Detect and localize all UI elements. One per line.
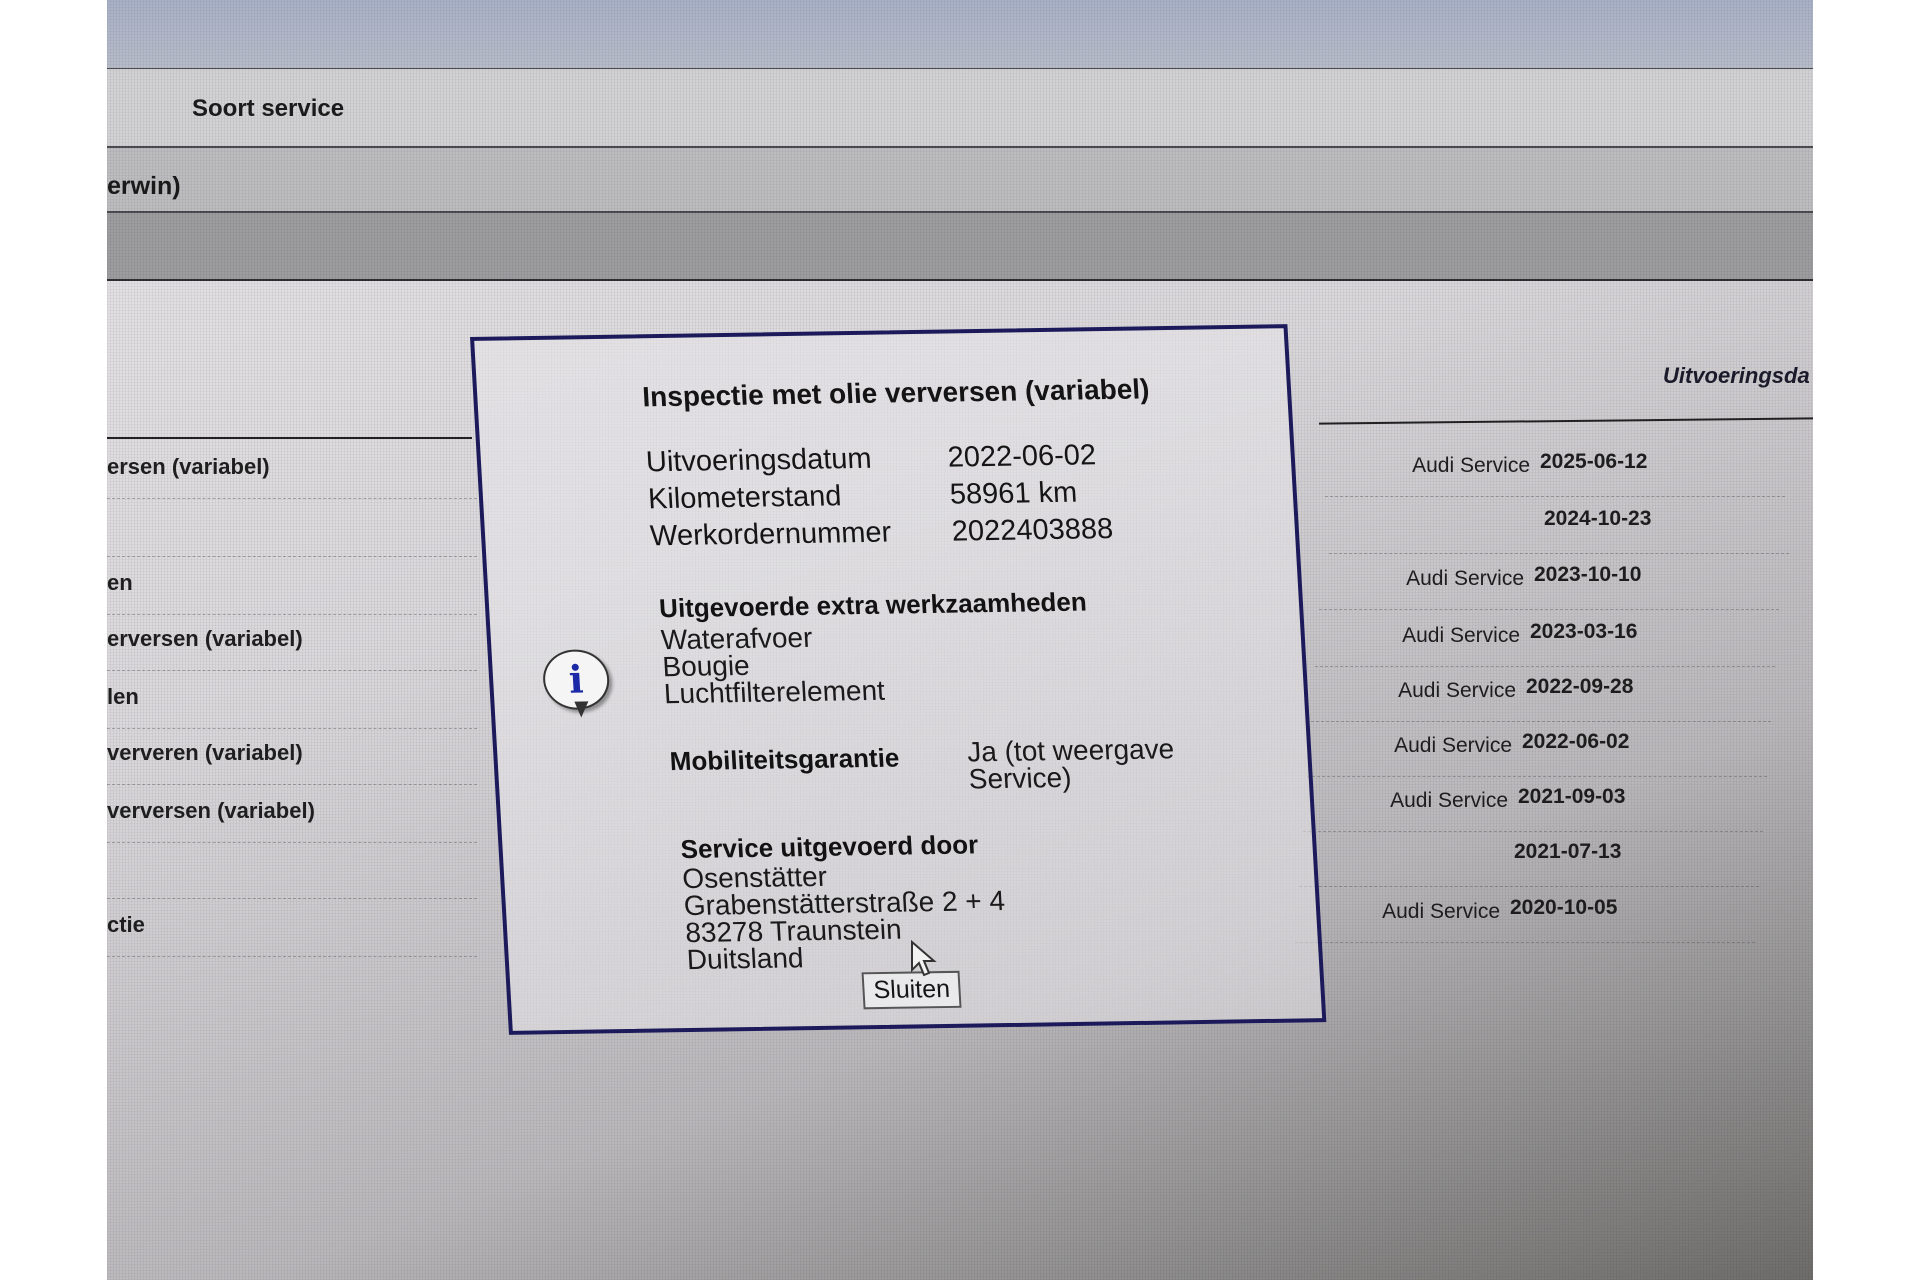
table-row-service[interactable]: erversen (variabel)	[107, 614, 477, 671]
execution-date-cell: 2020-10-05	[1510, 896, 1617, 920]
header-divider-left	[107, 437, 472, 439]
service-type-cell: len	[107, 684, 139, 710]
provider-cell: Audi Service	[1394, 734, 1512, 758]
table-row-date[interactable]: Audi Service2022-09-28	[1311, 665, 1771, 722]
table-row-date[interactable]: Audi Service2023-03-16	[1315, 610, 1775, 667]
service-detail-dialog: Inspectie met olie verversen (variabel) …	[470, 324, 1326, 1035]
table-row-service[interactable]	[107, 500, 477, 557]
execution-date-cell: 2021-09-03	[1518, 785, 1625, 809]
table-row-date[interactable]: Audi Service2022-06-02	[1307, 720, 1767, 777]
execution-date-cell: 2023-03-16	[1530, 620, 1637, 644]
service-type-cell: verversen (variabel)	[107, 798, 315, 824]
provider-cell: Audi Service	[1406, 567, 1524, 591]
dealer-country: Duitsland	[686, 944, 804, 973]
field-value: 2022-06-02	[947, 439, 1097, 473]
performed-by-heading: Service uitgevoerd door	[680, 829, 979, 865]
section-header-band	[107, 213, 1813, 281]
service-type-cell: ctie	[107, 912, 145, 938]
execution-date-cell: 2022-06-02	[1522, 730, 1629, 754]
execution-date-cell: 2022-09-28	[1526, 675, 1633, 699]
extra-work-item: Bougie	[662, 652, 751, 680]
table-row-date[interactable]: 2024-10-23	[1329, 497, 1789, 554]
table-row-service[interactable]: en	[107, 558, 477, 615]
field-execution-date: Uitvoeringsdatum2022-06-02	[645, 439, 1097, 479]
field-label: Werkordernummer	[649, 516, 953, 554]
user-name-label: erwin)	[107, 172, 181, 201]
dialog-title: Inspectie met olie verversen (variabel)	[641, 373, 1150, 413]
service-type-cell: ersen (variabel)	[107, 454, 270, 480]
field-label: Uitvoeringsdatum	[645, 442, 949, 480]
mobility-guarantee-value: Ja (tot weergave	[966, 735, 1174, 765]
table-row-service[interactable]: len	[107, 672, 477, 729]
browser-top-bar	[107, 0, 1813, 70]
table-row-date[interactable]: Audi Service2025-06-12	[1325, 440, 1785, 497]
service-type-cell: en	[107, 570, 133, 596]
table-row-date[interactable]: Audi Service2023-10-10	[1319, 553, 1779, 610]
info-icon: i	[542, 649, 611, 710]
table-row-service[interactable]: ververen (variabel)	[107, 728, 477, 785]
table-row-service[interactable]: ersen (variabel)	[107, 442, 477, 499]
mobility-guarantee-value-cont: Service)	[968, 764, 1072, 793]
service-type-cell: erversen (variabel)	[107, 626, 303, 652]
provider-cell: Audi Service	[1412, 454, 1530, 478]
field-label: Kilometerstand	[647, 479, 951, 517]
user-info-band	[107, 148, 1813, 213]
execution-date-cell: 2024-10-23	[1544, 507, 1651, 531]
extra-work-heading: Uitgevoerde extra werkzaamheden	[658, 587, 1087, 625]
field-value: 58961 km	[949, 477, 1078, 511]
provider-cell: Audi Service	[1398, 679, 1516, 703]
extra-work-item: Waterafvoer	[660, 624, 813, 653]
extra-work-item: Luchtfilterelement	[663, 677, 885, 707]
table-row-service[interactable]: ctie	[107, 900, 477, 957]
table-row-service[interactable]: verversen (variabel)	[107, 786, 477, 843]
execution-date-cell: 2023-10-10	[1534, 563, 1641, 587]
toolbar-band	[107, 69, 1813, 148]
field-work-order-number: Werkordernummer2022403888	[649, 513, 1114, 553]
execution-date-cell: 2025-06-12	[1540, 450, 1647, 474]
table-row-date[interactable]: 2021-07-13	[1299, 830, 1759, 887]
service-type-cell: ververen (variabel)	[107, 740, 303, 766]
table-row-date[interactable]: Audi Service2021-09-03	[1303, 775, 1763, 832]
column-header-service-type[interactable]: Soort service	[192, 95, 344, 123]
field-value: 2022403888	[951, 513, 1114, 548]
header-divider-right	[1319, 417, 1813, 424]
provider-cell: Audi Service	[1402, 624, 1520, 648]
column-header-execution-date[interactable]: Uitvoeringsda	[1663, 363, 1810, 389]
field-odometer: Kilometerstand58961 km	[647, 477, 1078, 517]
provider-cell: Audi Service	[1390, 789, 1508, 813]
table-row-date[interactable]: Audi Service2020-10-05	[1295, 886, 1755, 943]
mobility-guarantee-label: Mobiliteitsgarantie	[669, 743, 900, 778]
table-row-service[interactable]	[107, 842, 477, 899]
execution-date-cell: 2021-07-13	[1514, 840, 1621, 864]
provider-cell: Audi Service	[1382, 900, 1500, 924]
